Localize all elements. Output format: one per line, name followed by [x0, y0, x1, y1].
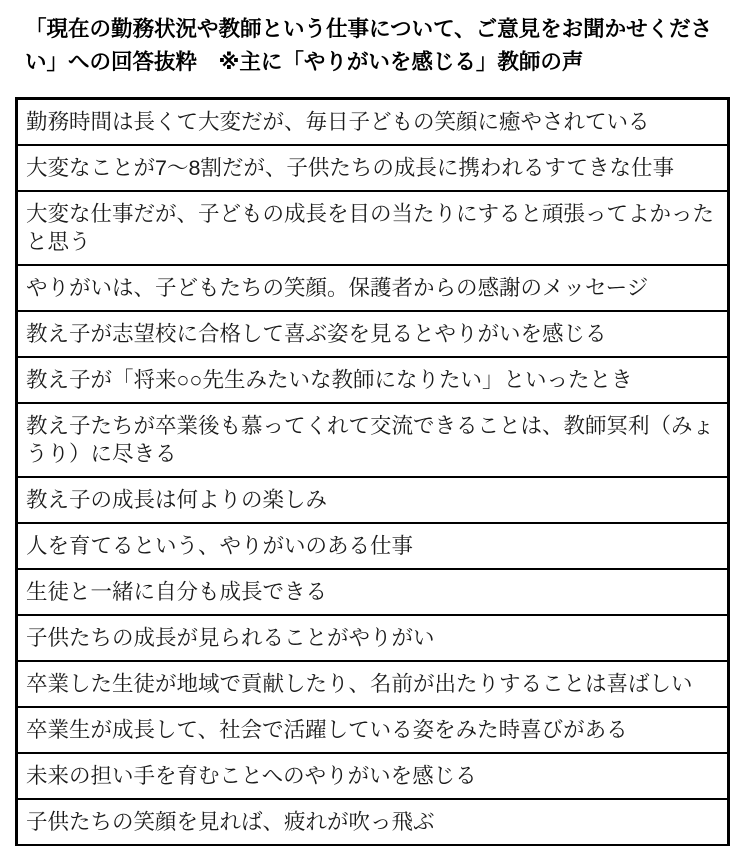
- quote-cell: 教え子の成長は何よりの楽しみ: [17, 477, 729, 523]
- table-row: 卒業生が成長して、社会で活躍している姿をみた時喜びがある: [17, 707, 729, 753]
- table-row: 教え子が志望校に合格して喜ぶ姿を見るとやりがいを感じる: [17, 311, 729, 357]
- quote-cell: 大変なことが7～8割だが、子供たちの成長に携われるすてきな仕事: [17, 145, 729, 191]
- table-row: 教え子が「将来○○先生みたいな教師になりたい」といったとき: [17, 357, 729, 403]
- table-row: 生徒と一緒に自分も成長できる: [17, 569, 729, 615]
- quote-cell: 未来の担い手を育むことへのやりがいを感じる: [17, 753, 729, 799]
- table-row: 教え子の成長は何よりの楽しみ: [17, 477, 729, 523]
- quote-table: 勤務時間は長くて大変だが、毎日子どもの笑顔に癒やされている 大変なことが7～8割…: [15, 97, 730, 846]
- quote-cell: やりがいは、子どもたちの笑顔。保護者からの感謝のメッセージ: [17, 265, 729, 311]
- quote-cell: 卒業した生徒が地域で貢献したり、名前が出たりすることは喜ばしい: [17, 661, 729, 707]
- table-row: 大変な仕事だが、子どもの成長を目の当たりにすると頑張ってよかったと思う: [17, 191, 729, 265]
- table-row: 人を育てるという、やりがいのある仕事: [17, 523, 729, 569]
- table-row: 未来の担い手を育むことへのやりがいを感じる: [17, 753, 729, 799]
- table-row: 子供たちの成長が見られることがやりがい: [17, 615, 729, 661]
- table-row: 大変なことが7～8割だが、子供たちの成長に携われるすてきな仕事: [17, 145, 729, 191]
- quote-cell: 教え子が志望校に合格して喜ぶ姿を見るとやりがいを感じる: [17, 311, 729, 357]
- quote-cell: 子供たちの笑顔を見れば、疲れが吹っ飛ぶ: [17, 799, 729, 846]
- table-row: 卒業した生徒が地域で貢献したり、名前が出たりすることは喜ばしい: [17, 661, 729, 707]
- quote-cell: 教え子が「将来○○先生みたいな教師になりたい」といったとき: [17, 357, 729, 403]
- quote-cell: 人を育てるという、やりがいのある仕事: [17, 523, 729, 569]
- page-title: 「現在の勤務状況や教師という仕事について、ご意見をお聞かせください」への回答抜粋…: [25, 13, 725, 79]
- table-row: 子供たちの笑顔を見れば、疲れが吹っ飛ぶ: [17, 799, 729, 846]
- quote-table-body: 勤務時間は長くて大変だが、毎日子どもの笑顔に癒やされている 大変なことが7～8割…: [17, 99, 729, 846]
- quote-cell: 子供たちの成長が見られることがやりがい: [17, 615, 729, 661]
- quote-cell: 勤務時間は長くて大変だが、毎日子どもの笑顔に癒やされている: [17, 99, 729, 146]
- table-row: 教え子たちが卒業後も慕ってくれて交流できることは、教師冥利（みょうり）に尽きる: [17, 403, 729, 477]
- quote-cell: 卒業生が成長して、社会で活躍している姿をみた時喜びがある: [17, 707, 729, 753]
- quote-cell: 教え子たちが卒業後も慕ってくれて交流できることは、教師冥利（みょうり）に尽きる: [17, 403, 729, 477]
- table-row: やりがいは、子どもたちの笑顔。保護者からの感謝のメッセージ: [17, 265, 729, 311]
- quote-cell: 生徒と一緒に自分も成長できる: [17, 569, 729, 615]
- table-row: 勤務時間は長くて大変だが、毎日子どもの笑顔に癒やされている: [17, 99, 729, 146]
- quote-cell: 大変な仕事だが、子どもの成長を目の当たりにすると頑張ってよかったと思う: [17, 191, 729, 265]
